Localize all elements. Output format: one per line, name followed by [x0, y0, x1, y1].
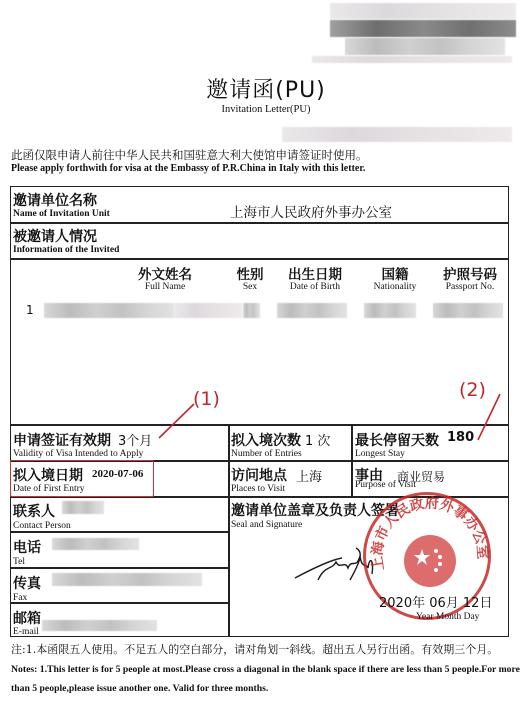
- redacted-contact-person: [62, 501, 104, 514]
- redacted-reference: [282, 127, 512, 142]
- intro-chinese: 此函仅限申请人前往中华人民共和国驻意大利大使馆申请签证时使用。: [11, 147, 368, 163]
- invited-label-en: Information of the Invited: [13, 245, 119, 255]
- divider: [10, 258, 509, 260]
- divider: [228, 424, 230, 636]
- divider: [10, 424, 509, 426]
- col-header-full-name-en: Full Name: [100, 282, 230, 292]
- redacted-passport: [433, 303, 503, 318]
- divider: [10, 567, 229, 569]
- purpose-label-en: Purpose of Visit: [355, 480, 416, 490]
- seal-label-en: Seal and Signature: [231, 520, 302, 530]
- redacted-fax: [52, 573, 202, 586]
- validity-label-en: Validity of Visa Intended to Apply: [13, 449, 143, 459]
- redacted-full-name: [44, 303, 174, 318]
- col-header-passport-en: Passport No.: [430, 282, 510, 292]
- redacted-header-bottom: [345, 38, 505, 55]
- col-header-nationality-cn: 国籍: [360, 263, 430, 283]
- entries-label-en: Number of Entries: [231, 449, 302, 459]
- col-header-nationality-en: Nationality: [360, 282, 430, 292]
- invitation-unit-value: 上海市人民政府外事办公室: [230, 201, 392, 221]
- redacted-tel: [52, 538, 139, 550]
- redacted-dob: [277, 303, 347, 318]
- email-label-en: E-mail: [13, 627, 39, 637]
- validity-label-cn: 申请签证有效期: [13, 430, 111, 450]
- divider: [10, 531, 229, 533]
- email-label-cn: 邮箱: [13, 608, 41, 628]
- redacted-full-name-tail: [174, 303, 242, 318]
- redacted-header-top: [330, 3, 516, 19]
- invited-label-cn: 被邀请人情况: [13, 226, 97, 246]
- tel-label-cn: 电话: [13, 537, 41, 557]
- intro-english: Please apply forthwith for visa at the E…: [11, 163, 365, 174]
- redacted-nationality: [364, 303, 416, 318]
- invitation-unit-label-en: Name of Invitation Unit: [13, 209, 110, 219]
- tel-label-en: Tel: [13, 557, 25, 567]
- invitation-unit-label-cn: 邀请单位名称: [13, 190, 97, 210]
- contact-person-label-cn: 联系人: [13, 501, 55, 521]
- validity-value: 3个月: [118, 430, 152, 449]
- fax-label-cn: 传真: [13, 573, 41, 593]
- places-label-cn: 访问地点: [231, 465, 287, 485]
- col-header-passport-cn: 护照号码: [430, 263, 510, 283]
- col-header-dob-en: Date of Birth: [275, 282, 355, 292]
- document-title: 邀请函(PU): [0, 73, 532, 104]
- signature-date-cn: 2020年 06月 12日: [379, 592, 492, 611]
- stay-label-en: Longest Stay: [355, 449, 405, 459]
- row-index: 1: [26, 303, 34, 317]
- col-header-dob-cn: 出生日期: [275, 263, 355, 283]
- divider: [10, 222, 509, 224]
- notes-chinese: 注:1.本函限五人使用。不足五人的空白部分，请对角划一斜线。超出五人另行出函。有…: [11, 641, 498, 657]
- annotation-arrow-2: [470, 390, 510, 446]
- highlight-entry-date: [10, 460, 154, 497]
- divider: [10, 602, 229, 604]
- entries-value: 1 次: [305, 430, 330, 449]
- redacted-email: [42, 620, 157, 631]
- places-label-en: Places to Visit: [231, 484, 285, 494]
- redacted-header-line: [312, 56, 512, 63]
- redacted-header-middle: [330, 20, 516, 37]
- entries-label-cn: 拟入境次数: [231, 430, 301, 450]
- col-header-sex-en: Sex: [225, 282, 275, 292]
- places-value: 上海: [296, 466, 322, 485]
- signature-date-en: Year Month Day: [416, 612, 479, 622]
- col-header-full-name-cn: 外文姓名: [100, 263, 230, 283]
- document-subtitle: Invitation Letter(PU): [0, 104, 532, 115]
- col-header-sex-cn: 性别: [225, 263, 275, 283]
- annotation-arrow-1: [150, 400, 200, 445]
- notes-english: Notes: 1.This letter is for 5 people at …: [11, 660, 521, 698]
- stay-label-cn: 最长停留天数: [355, 430, 439, 450]
- contact-person-label-en: Contact Person: [13, 521, 71, 531]
- redacted-sex: [243, 303, 260, 318]
